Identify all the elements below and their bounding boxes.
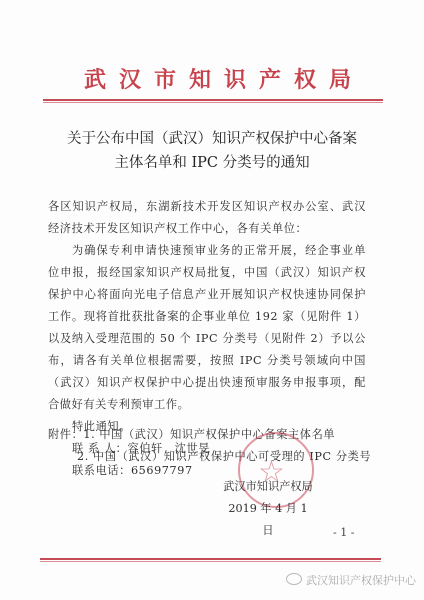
header-divider xyxy=(43,99,383,101)
title-line-1: 关于公布中国（武汉）知识产权保护中心备案 xyxy=(0,127,424,151)
signature-date: 2019 年 4 月 1 日 xyxy=(222,498,314,542)
wechat-watermark: 武汉知识产权保护中心 xyxy=(286,572,416,588)
header-divider-thin xyxy=(43,102,383,103)
main-paragraph: 为确保专利申请快速预审业务的正常开展，经企事业单位申报，报经国家知识产权局批复，… xyxy=(48,240,366,416)
notice-title: 关于公布中国（武汉）知识产权保护中心备案 主体名单和 IPC 分类号的通知 xyxy=(0,127,424,175)
signature-block: 武汉市知识产权局 2019 年 4 月 1 日 xyxy=(222,476,314,542)
salutation: 各区知识产权局，东湖新技术开发区知识产权办公室、武汉经济技术开发区知识产权工作中… xyxy=(48,196,366,240)
attachments: 附件：1. 中国（武汉）知识产权保护中心备案主体名单 2. 中国（武汉）知识产权… xyxy=(48,424,371,468)
title-line-2: 主体名单和 IPC 分类号的通知 xyxy=(0,151,424,175)
attachment-1: 附件：1. 中国（武汉）知识产权保护中心备案主体名单 xyxy=(48,424,371,446)
page-number: - 1 - xyxy=(333,526,354,539)
document-page: 武汉市知识产权局 关于公布中国（武汉）知识产权保护中心备案 主体名单和 IPC … xyxy=(0,0,424,600)
signature-org: 武汉市知识产权局 xyxy=(222,476,314,498)
footer-divider-thin xyxy=(40,561,381,562)
attachment-2: 2. 中国（武汉）知识产权保护中心可受理的 IPC 分类号 xyxy=(48,446,371,468)
wechat-icon xyxy=(286,573,302,585)
footer-divider xyxy=(40,558,381,560)
masthead-title: 武汉市知识产权局 xyxy=(0,63,424,94)
watermark-text: 武汉知识产权保护中心 xyxy=(306,574,416,587)
